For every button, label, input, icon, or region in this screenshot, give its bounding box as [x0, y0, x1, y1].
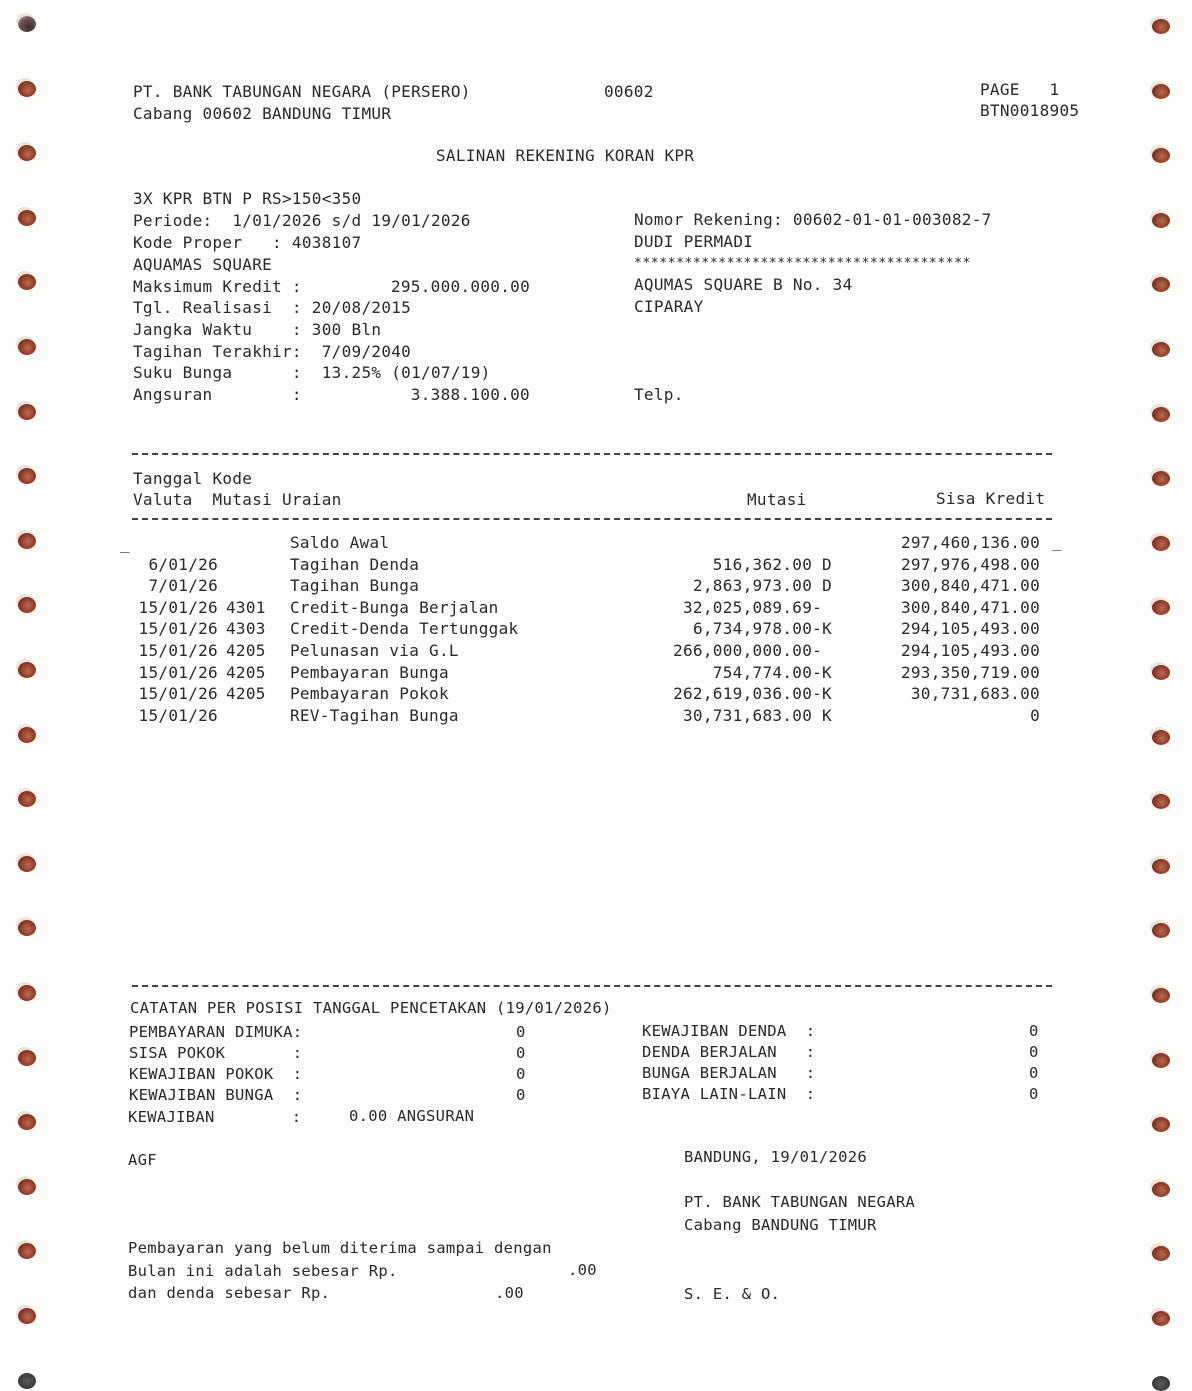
column-sisa-kredit: Sisa Kredit	[936, 489, 1045, 509]
tgl-realisasi: Tgl. Realisasi : 20/08/2015	[133, 298, 411, 318]
feed-hole-icon	[18, 1243, 36, 1259]
header-line-1: Tanggal Kode	[133, 469, 252, 489]
product-name: 3X KPR BTN P RS>150<350	[133, 189, 361, 209]
cell-mutasi: 6,734,978.00-K	[600, 619, 832, 639]
tagihan-terakhir: Tagihan Terakhir: 7/09/2040	[133, 342, 411, 362]
cell-uraian: REV-Tagihan Bunga	[290, 706, 459, 726]
address-line-2: CIPARAY	[634, 297, 704, 317]
page-number: PAGE 1	[980, 80, 1059, 100]
cell-kode: 4301	[226, 598, 266, 618]
catatan-label: KEWAJIBAN POKOK :	[129, 1064, 302, 1084]
cell-tanggal: 15/01/26	[134, 619, 218, 639]
catatan-value: 0	[516, 1064, 526, 1084]
catatan-label: BUNGA BERJALAN :	[642, 1063, 815, 1083]
suku-bunga: Suku Bunga : 13.25% (01/07/19)	[133, 363, 491, 383]
cell-sisa-kredit: 293,350,719.00	[840, 663, 1040, 683]
catatan-value: 0	[516, 1043, 526, 1063]
feed-hole-icon	[18, 727, 36, 743]
note-line-3: dan denda sebesar Rp.	[128, 1283, 330, 1303]
note-line-3-value: .00	[495, 1283, 524, 1303]
cell-kode: 4205	[226, 684, 266, 704]
feed-hole-icon	[1152, 148, 1170, 163]
feed-hole-icon	[18, 274, 36, 290]
cell-mutasi: 516,362.00 D	[600, 555, 832, 575]
feed-hole-icon	[1152, 536, 1170, 551]
feed-hole-icon	[18, 1373, 36, 1389]
cell-tanggal: 15/01/26	[134, 684, 218, 704]
operator-code: AGF	[128, 1150, 157, 1170]
cell-mutasi: 32,025,089.69-	[600, 598, 832, 618]
divider-line	[132, 518, 1052, 520]
catatan-value: 0	[1029, 1042, 1039, 1062]
cell-uraian: Pelunasan via G.L	[290, 641, 459, 661]
signature-branch: Cabang BANDUNG TIMUR	[684, 1215, 877, 1235]
feed-hole-icon	[1152, 1246, 1170, 1261]
feed-hole-icon	[18, 468, 36, 484]
catatan-value: 0	[516, 1022, 526, 1042]
maksimum-kredit-value: 295.000.000.00	[330, 277, 530, 297]
address-line-1: AQUMAS SQUARE B No. 34	[634, 275, 853, 295]
cell-kode: 4205	[226, 663, 266, 683]
catatan-label: BIAYA LAIN-LAIN :	[642, 1084, 815, 1104]
cell-tanggal: 15/01/26	[134, 598, 218, 618]
cell-uraian: Tagihan Denda	[290, 555, 419, 575]
cell-sisa-kredit: 0	[840, 706, 1040, 726]
divider-line	[132, 453, 1052, 455]
feed-hole-icon	[1152, 600, 1170, 615]
feed-hole-icon	[1152, 1053, 1170, 1068]
catatan-label: DENDA BERJALAN :	[642, 1042, 815, 1062]
feed-hole-icon	[1152, 342, 1170, 357]
place-date: BANDUNG, 19/01/2026	[684, 1147, 867, 1167]
kewajiban-label: KEWAJIBAN :	[128, 1107, 301, 1127]
feed-hole-icon	[1152, 988, 1170, 1003]
cell-uraian: Tagihan Bunga	[290, 576, 419, 596]
note-line-2: Bulan ini adalah sebesar Rp.	[128, 1261, 398, 1281]
angsuran-label: Angsuran :	[133, 385, 302, 405]
errors-omissions-note: S. E. & O.	[684, 1284, 780, 1304]
feed-hole-icon	[1152, 1311, 1170, 1326]
cell-sisa-kredit: 300,840,471.00	[840, 598, 1040, 618]
feed-hole-icon	[1152, 471, 1170, 486]
cell-kode: 4205	[226, 641, 266, 661]
feed-hole-icon	[18, 210, 36, 226]
feed-hole-icon	[1152, 407, 1170, 422]
feed-hole-icon	[1152, 84, 1170, 99]
separator-stars: ****************************************	[634, 254, 971, 274]
periode: Periode: 1/01/2026 s/d 19/01/2026	[133, 211, 471, 231]
header-line-2: Valuta Mutasi Uraian	[133, 490, 342, 510]
catatan-value: 0	[1029, 1063, 1039, 1083]
note-line-1: Pembayaran yang belum diterima sampai de…	[128, 1238, 552, 1258]
nomor-rekening: Nomor Rekening: 00602-01-01-003082-7	[634, 210, 992, 230]
feed-hole-icon	[1152, 213, 1170, 228]
jangka-waktu: Jangka Waktu : 300 Bln	[133, 320, 381, 340]
catatan-label: PEMBAYARAN DIMUKA:	[129, 1022, 302, 1042]
catatan-title: CATATAN PER POSISI TANGGAL PENCETAKAN (1…	[130, 998, 612, 1018]
feed-hole-icon	[18, 145, 36, 161]
catatan-label: SISA POKOK :	[129, 1043, 302, 1063]
cell-mutasi: 754,774.00-K	[600, 663, 832, 683]
cell-sisa-kredit: 30,731,683.00	[840, 684, 1040, 704]
catatan-value: 0	[516, 1085, 526, 1105]
cell-uraian: Pembayaran Pokok	[290, 684, 449, 704]
feed-hole-icon	[18, 597, 36, 613]
feed-hole-icon	[18, 404, 36, 420]
cell-mutasi: 30,731,683.00 K	[600, 706, 832, 726]
branch-line: Cabang 00602 BANDUNG TIMUR	[133, 104, 391, 124]
document-title: SALINAN REKENING KORAN KPR	[436, 146, 694, 166]
feed-hole-icon	[18, 1050, 36, 1066]
feed-hole-icon	[1152, 665, 1170, 680]
cell-tanggal: 15/01/26	[134, 663, 218, 683]
row-marker-right: _	[1052, 532, 1062, 552]
feed-hole-icon	[18, 856, 36, 872]
cell-uraian: Pembayaran Bunga	[290, 663, 449, 683]
feed-hole-icon	[1152, 923, 1170, 938]
catatan-value: 0	[1029, 1021, 1039, 1041]
feed-hole-icon	[1152, 1376, 1170, 1391]
cell-sisa-kredit: 300,840,471.00	[840, 576, 1040, 596]
angsuran-value: 3.388.100.00	[330, 385, 530, 405]
cell-tanggal: 15/01/26	[134, 706, 218, 726]
feed-hole-icon	[18, 339, 36, 355]
feed-hole-icon	[1152, 1117, 1170, 1132]
feed-hole-icon	[18, 662, 36, 678]
feed-hole-icon	[1152, 730, 1170, 745]
kode-proper: Kode Proper : 4038107	[133, 233, 361, 253]
feed-hole-icon	[1152, 859, 1170, 874]
cell-tanggal: 6/01/26	[134, 555, 218, 575]
telephone-label: Telp.	[634, 385, 684, 405]
row-marker-left: _	[120, 534, 130, 554]
cell-uraian: Saldo Awal	[290, 533, 389, 553]
bank-name: PT. BANK TABUNGAN NEGARA (PERSERO)	[133, 82, 471, 102]
branch-code: 00602	[604, 82, 654, 102]
account-holder-name: DUDI PERMADI	[634, 232, 753, 252]
signature-bank: PT. BANK TABUNGAN NEGARA	[684, 1192, 915, 1212]
feed-hole-icon	[18, 791, 36, 807]
feed-hole-icon	[18, 920, 36, 936]
cell-mutasi: 266,000,000.00-	[600, 641, 832, 661]
divider-line	[132, 985, 1052, 987]
note-line-2-value: .00	[568, 1260, 597, 1280]
cell-mutasi: 2,863,973.00 D	[600, 576, 832, 596]
cell-uraian: Credit-Bunga Berjalan	[290, 598, 499, 618]
catatan-label: KEWAJIBAN DENDA :	[642, 1021, 815, 1041]
cell-tanggal: 7/01/26	[134, 576, 218, 596]
feed-hole-icon	[18, 1179, 36, 1195]
cell-kode: 4303	[226, 619, 266, 639]
feed-hole-icon	[1152, 794, 1170, 809]
feed-hole-icon	[1152, 277, 1170, 292]
project-name: AQUAMAS SQUARE	[133, 255, 272, 275]
feed-hole-icon	[18, 533, 36, 549]
cell-mutasi: 262,619,036.00-K	[600, 684, 832, 704]
document-code: BTN0018905	[980, 101, 1079, 121]
feed-hole-icon	[1152, 19, 1170, 34]
kewajiban-value: 0.00 ANGSURAN	[349, 1106, 474, 1126]
feed-hole-icon	[18, 1114, 36, 1130]
feed-hole-icon	[1152, 1182, 1170, 1197]
catatan-value: 0	[1029, 1084, 1039, 1104]
cell-sisa-kredit: 297,460,136.00	[840, 533, 1040, 553]
column-mutasi: Mutasi	[747, 490, 807, 510]
cell-sisa-kredit: 294,105,493.00	[840, 619, 1040, 639]
cell-sisa-kredit: 297,976,498.00	[840, 555, 1040, 575]
feed-hole-icon	[18, 81, 36, 97]
feed-hole-icon	[18, 985, 36, 1001]
feed-hole-icon	[18, 16, 36, 32]
catatan-label: KEWAJIBAN BUNGA :	[129, 1085, 302, 1105]
feed-hole-icon	[18, 1308, 36, 1324]
maksimum-kredit-label: Maksimum Kredit :	[133, 277, 302, 297]
cell-uraian: Credit-Denda Tertunggak	[290, 619, 518, 639]
cell-tanggal: 15/01/26	[134, 641, 218, 661]
cell-sisa-kredit: 294,105,493.00	[840, 641, 1040, 661]
